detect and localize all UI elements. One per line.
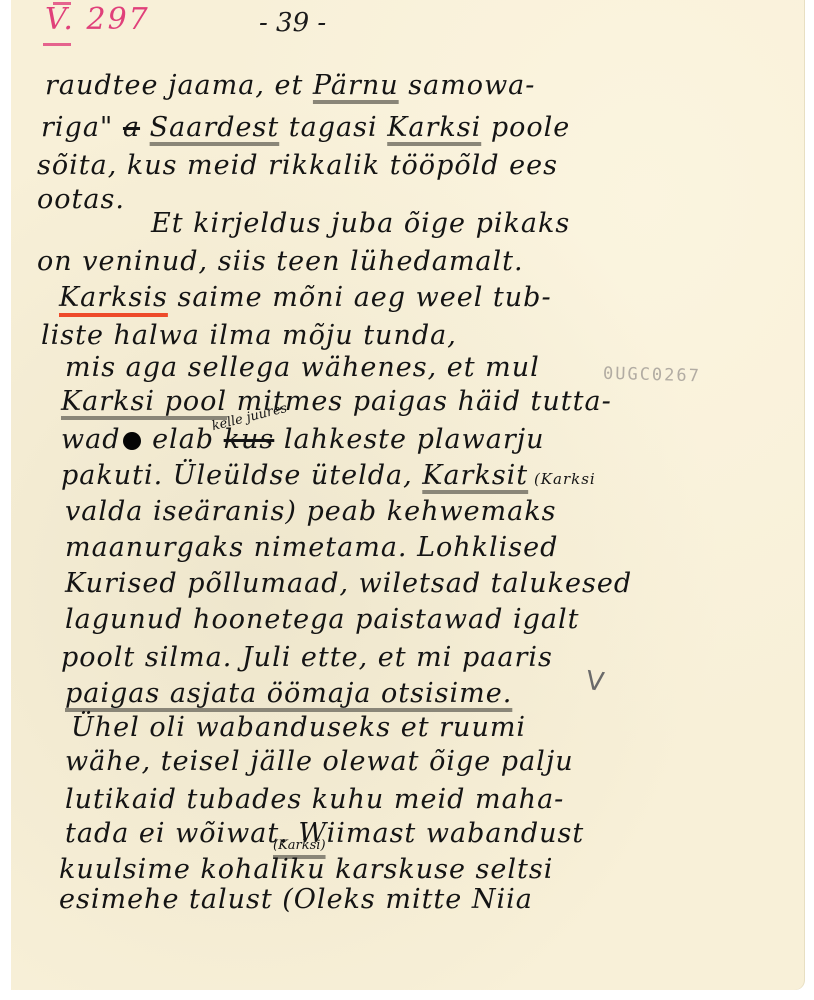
text-line-23: kuulsime kohaliku karskuse seltsi [59,854,553,885]
text-span: lahkeste plawarju [274,424,544,455]
text-span: on veninud, siis teen lühedamalt. [37,246,524,277]
text-line-16: lagunud hoonetega paistawad igalt [65,604,580,635]
manuscript-page: V. 297 - 39 - 0UGC0267 V raudtee jaama, … [11,0,804,990]
text-line-12: pakuti. Üleüldse ütelda, Karksit (Karksi [61,460,596,491]
text-span: poole [481,112,570,143]
text-span: liste halwa ilma mõju tunda, [41,320,457,351]
text-span [140,112,150,143]
underlined-place-name: Karksi [387,112,481,143]
text-line-10: Karksi pool mitmes paigas häid tutta- [61,386,612,417]
red-underlined-place-name: Karksis [59,282,168,313]
underlined-place-name: Karksi pool [61,386,227,417]
text-line-19: Ühel oli wabanduseks et ruumi [71,712,526,743]
archive-id-stamp: 0UGC0267 [603,364,701,387]
text-span: maanurgaks nimetama. Lohklised [65,532,558,563]
text-span: raudtee jaama, et [45,70,313,101]
text-line-14: maanurgaks nimetama. Lohklised [65,532,558,563]
interlinear-insertion: (Karksi) [273,838,326,853]
archive-ref-underline [43,43,71,46]
text-span: riga" [41,112,123,143]
text-span: paigas asjata öömaja otsisime. [65,678,512,709]
ink-blot [123,432,141,450]
text-span: Et kirjeldus juba õige pikaks [151,208,570,239]
text-span: elab [143,424,224,455]
text-span: sõita, kus meid rikkalik tööpõld ees [37,150,558,181]
text-span: Kurised põllumaad, wiletsad talukesed [65,568,632,599]
text-span: poolt silma. Juli ette, et mi paaris [61,642,553,673]
underlined-place-name: Saardest [150,112,280,143]
archive-reference-text: V. 297 [45,2,150,37]
text-line-8: liste halwa ilma mõju tunda, [41,320,457,351]
text-span: tagasi [279,112,387,143]
text-line-18: paigas asjata öömaja otsisime. [65,678,512,709]
text-line-3: sõita, kus meid rikkalik tööpõld ees [37,150,558,181]
text-span: samowa- [399,70,536,101]
text-line-17: poolt silma. Juli ette, et mi paaris [61,642,553,673]
archive-reference-stamp: V. 297 [45,2,150,37]
text-line-2: riga" a Saardest tagasi Karksi poole [41,112,570,143]
text-span: wähe, teisel jälle olewat õige palju [65,746,574,777]
archive-ref-overline [53,2,71,5]
text-line-20: wähe, teisel jälle olewat õige palju [65,746,574,777]
text-span: ootas. [37,184,125,215]
inserted-place-name: (Karksi) [273,838,326,853]
text-span: karskuse seltsi [335,854,553,885]
struck-word: kus [224,424,275,455]
page-number: - 39 - [259,8,326,38]
underlined-place-name: Karksit [422,460,528,491]
margin-check-mark: V [584,666,606,698]
text-line-7: Karksis saime mõni aeg weel tub- [59,282,552,313]
text-line-1: raudtee jaama, et Pärnu samowa- [45,70,535,101]
text-span: esimehe talust (Oleks mitte Niia [59,884,533,915]
text-span: valda iseäranis) peab kehwemaks [65,496,556,527]
text-line-15: Kurised põllumaad, wiletsad talukesed [65,568,632,599]
text-span: Ühel oli wabanduseks et ruumi [71,712,526,743]
text-line-11: wad elab kus lahkeste plawarju [61,424,544,455]
text-line-9: mis aga sellega wähenes, et mul [65,352,540,383]
text-span: kuulsime kohaliku [59,854,335,885]
text-span: saime mõni aeg weel tub- [168,282,552,313]
underlined-place-name: Pärnu [313,70,399,101]
text-span: (Karksi [528,470,596,488]
text-span: lutikaid tubades kuhu meid maha- [65,784,564,815]
text-line-6: on veninud, siis teen lühedamalt. [37,246,524,277]
text-line-13: valda iseäranis) peab kehwemaks [65,496,556,527]
text-span: wad [61,424,121,455]
text-span: pakuti. Üleüldse ütelda, [61,460,422,491]
text-span: lagunud hoonetega paistawad igalt [65,604,580,635]
text-span: mis aga sellega wähenes, et mul [65,352,540,383]
struck-word: a [123,112,140,143]
text-line-24: esimehe talust (Oleks mitte Niia [59,884,533,915]
text-line-21: lutikaid tubades kuhu meid maha- [65,784,564,815]
text-line-5: Et kirjeldus juba õige pikaks [151,208,570,239]
text-line-4: ootas. [37,184,125,215]
